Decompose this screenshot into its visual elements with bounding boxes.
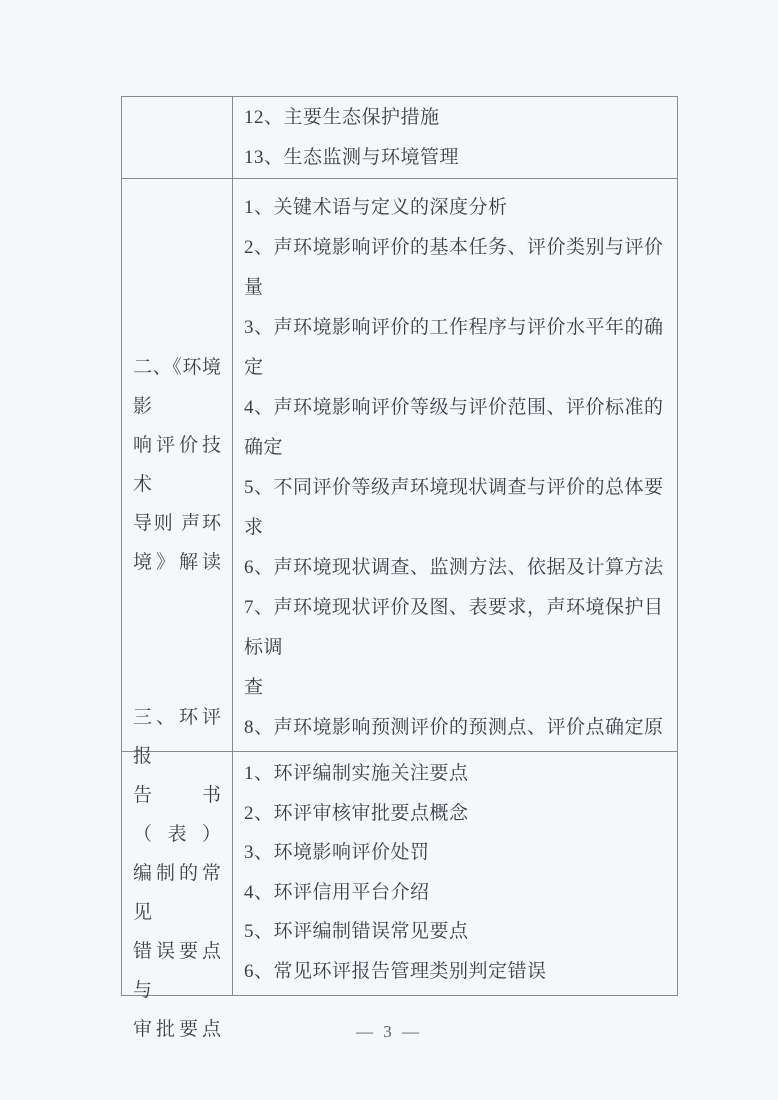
toc-item: 3、声环境影响评价的工作程序与评价水平年的确定 <box>244 308 671 388</box>
section-label-cell: 二、《环境影 响评价技术 导则 声环 境》解读 <box>122 179 233 751</box>
table-row-continuation: 12、主要生态保护措施 13、生态监测与环境管理 <box>122 97 677 178</box>
items-cell: 1、关键术语与定义的深度分析 2、声环境影响评价的基本任务、评价类别与评价量 3… <box>233 179 677 751</box>
toc-item: 3、环境影响评价处罚 <box>244 833 671 873</box>
toc-item: 12、主要生态保护措施 <box>244 98 671 138</box>
toc-item: 2、声环境影响评价的基本任务、评价类别与评价量 <box>244 228 671 308</box>
toc-item: 6、常见环评报告管理类别判定错误 <box>244 952 671 992</box>
section-label-cell: 三、环评报 告书（表） 编制的常见 错误要点与 审批要点 <box>122 752 233 995</box>
section-label: 三、环评报 告书（表） 编制的常见 错误要点与 审批要点 <box>133 698 221 1049</box>
toc-item: 13、生态监测与环境管理 <box>244 138 671 178</box>
section-label: 二、《环境影 响评价技术 导则 声环 境》解读 <box>133 348 221 582</box>
items-cell: 1、环评编制实施关注要点 2、环评审核审批要点概念 3、环境影响评价处罚 4、环… <box>233 752 677 995</box>
toc-item: 1、环评编制实施关注要点 <box>244 754 671 794</box>
items-cell: 12、主要生态保护措施 13、生态监测与环境管理 <box>233 97 677 178</box>
content-table: 12、主要生态保护措施 13、生态监测与环境管理 二、《环境影 响评价技术 导则… <box>121 96 678 996</box>
section-label-cell-empty <box>122 97 233 178</box>
toc-item: 5、环评编制错误常见要点 <box>244 912 671 952</box>
document-page: 12、主要生态保护措施 13、生态监测与环境管理 二、《环境影 响评价技术 导则… <box>0 0 778 1100</box>
toc-item: 4、环评信用平台介绍 <box>244 873 671 913</box>
toc-item: 6、声环境现状调查、监测方法、依据及计算方法 <box>244 548 671 588</box>
toc-item: 7、声环境现状评价及图、表要求，声环境保护目标调 查 <box>244 588 671 708</box>
toc-item: 8、声环境影响预测评价的预测点、评价点确定原则， 预测基础规范与要求 <box>244 708 671 751</box>
table-row-section-2: 二、《环境影 响评价技术 导则 声环 境》解读 1、关键术语与定义的深度分析 2… <box>122 178 677 751</box>
toc-item: 4、声环境影响评价等级与评价范围、评价标准的确定 <box>244 388 671 468</box>
page-number: — 3 — <box>0 1022 778 1042</box>
toc-item: 1、关键术语与定义的深度分析 <box>244 188 671 228</box>
table-row-section-3: 三、环评报 告书（表） 编制的常见 错误要点与 审批要点 1、环评编制实施关注要… <box>122 751 677 995</box>
toc-item: 2、环评审核审批要点概念 <box>244 794 671 834</box>
toc-item: 5、不同评价等级声环境现状调查与评价的总体要求 <box>244 468 671 548</box>
